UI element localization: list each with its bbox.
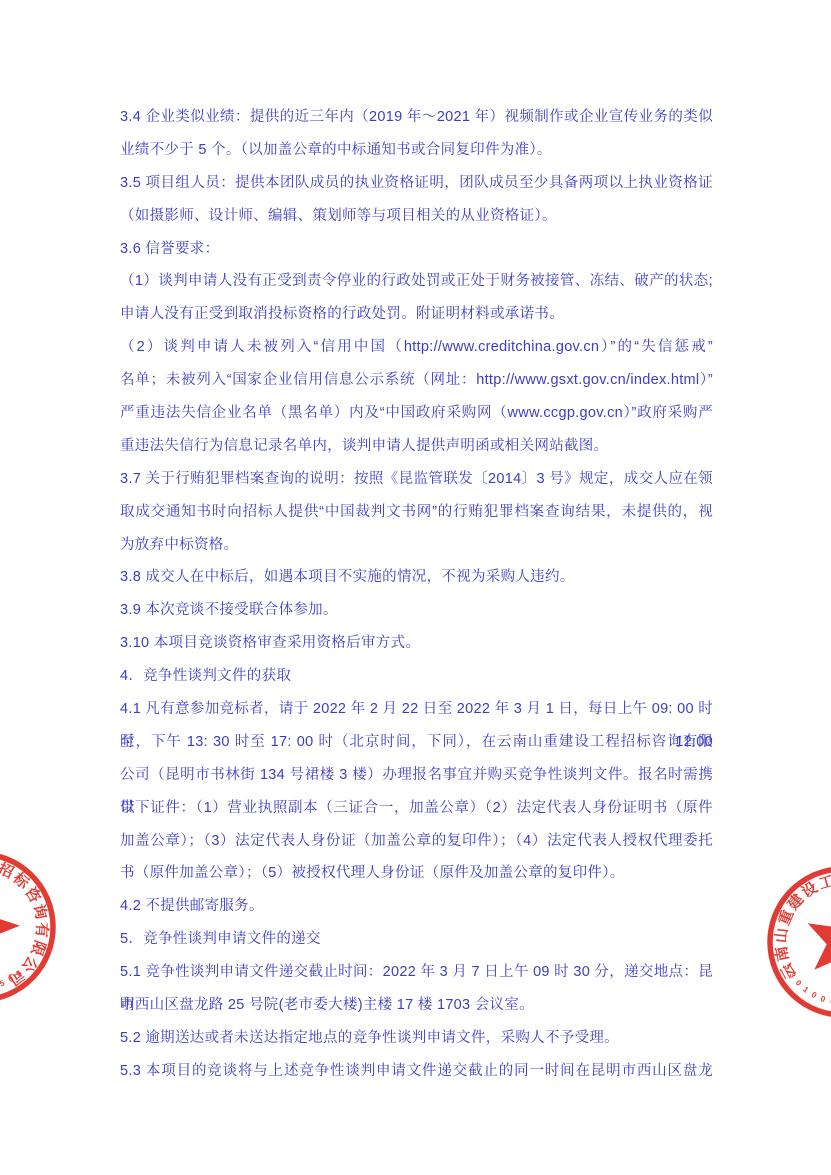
- svg-text:0: 0: [794, 978, 804, 988]
- text-line: 取成交通知书时向招标人提供“中国裁判文书网”的行贿犯罪档案查询结果，未提供的，视: [120, 496, 713, 529]
- text-line: 申请人没有正受到取消投标资格的行政处罚。附证明材料或承诺书。: [120, 298, 713, 331]
- text-line: 为放弃中标资格。: [120, 529, 713, 562]
- text-line: （1）谈判申请人没有正受到责令停业的行政处罚或正处于财务被接管、冻结、破产的状态…: [120, 265, 713, 298]
- text-line: 加盖公章）；（3）法定代表人身份证（加盖公章的复印件）；（4）法定代表人授权代理…: [120, 825, 713, 858]
- text-line: 5.1 竞争性谈判申请文件递交截止时间：2022 年 3 月 7 日上午 09 …: [120, 956, 713, 989]
- svg-text:招: 招: [0, 859, 16, 882]
- svg-text:1: 1: [801, 985, 810, 995]
- text-line: 4.1 凡有意参加竞标者，请于 2022 年 2 月 22 日至 2022 年 …: [120, 693, 713, 726]
- text-line: 3.10 本项目竞谈资格审查采用资格后审方式。: [120, 627, 713, 660]
- svg-text:咨: 咨: [21, 884, 44, 906]
- text-line: 以下证件：（1）营业执照副本（三证合一，加盖公章）（2）法定代表人身份证明书（原…: [120, 792, 713, 825]
- text-line: 5.2 逾期送达或者未送达指定地点的竞争性谈判申请文件，采购人不予受理。: [120, 1022, 713, 1055]
- text-line: 严重违法失信企业名单（黑名单）内及“中国政府采购网（www.ccgp.gov.c…: [120, 397, 713, 430]
- text-line: 名单；未被列入“国家企业信用信息公示系统（网址：http://www.gsxt.…: [120, 364, 713, 397]
- text-line: 3.7 关于行贿犯罪档案查询的说明：按照《昆监管联发〔2014〕3 号》规定，成…: [120, 463, 713, 496]
- text-line: 3.9 本次竞谈不接受联合体参加。: [120, 594, 713, 627]
- svg-text:南: 南: [772, 945, 793, 963]
- text-line: 业绩不少于 5 个。（以加盖公章的中标通知书或合同复印件为准）。: [120, 134, 713, 167]
- text-line: 3.6 信誉要求：: [120, 233, 713, 266]
- text-line: 5.3 本项目的竞谈将与上述竞争性谈判申请文件递交截止的同一时间在昆明市西山区盘…: [120, 1055, 713, 1088]
- svg-text:建: 建: [785, 891, 808, 913]
- svg-text:标: 标: [9, 869, 33, 893]
- document-body: 3.4 企业类似业绩：提供的近三年内（2019 年～2021 年）视频制作或企业…: [120, 101, 713, 1088]
- text-line: 时，下午 13: 30 时至 17: 00 时（北京时间，下同），在云南山重建设…: [120, 726, 713, 759]
- text-line: 重违法失信行为信息记录名单内，谈判申请人提供声明函或相关网站截图。: [120, 430, 713, 463]
- svg-text:3: 3: [787, 971, 797, 980]
- svg-text:6: 6: [14, 968, 24, 978]
- svg-text:5: 5: [783, 963, 793, 971]
- svg-text:0: 0: [7, 974, 16, 984]
- company-seal-right: 云南山重建设工程招标咨询有限公司5301000237506: [755, 853, 831, 1035]
- text-line: 公司（昆明市书林街 134 号裙楼 3 楼）办理报名事宜并购买竞争性谈判文件。报…: [120, 759, 713, 792]
- document-page: 3.4 企业类似业绩：提供的近三年内（2019 年～2021 年）视频制作或企业…: [0, 0, 831, 1175]
- text-line: 3.4 企业类似业绩：提供的近三年内（2019 年～2021 年）视频制作或企业…: [120, 101, 713, 134]
- svg-text:设: 设: [798, 878, 820, 901]
- svg-text:5: 5: [0, 978, 6, 988]
- svg-text:司: 司: [5, 965, 28, 988]
- text-line: （2）谈判申请人未被列入“信用中国（http://www.creditchina…: [120, 331, 713, 364]
- text-line: 3.5 项目组人员：提供本团队成员的执业资格证明，团队成员至少具备两项以上执业资…: [120, 167, 713, 200]
- svg-text:重: 重: [775, 907, 797, 928]
- text-line: 3.8 成交人在中标后，如遇本项目不实施的情况，不视为采购人违约。: [120, 561, 713, 594]
- seal-right-graphic: 云南山重建设工程招标咨询有限公司5301000237506: [755, 853, 831, 1035]
- svg-text:0: 0: [819, 994, 827, 1004]
- text-line: 5．竞争性谈判申请文件的递交: [120, 923, 713, 956]
- text-line: 4.2 不提供邮寄服务。: [120, 890, 713, 923]
- text-line: （如摄影师、设计师、编辑、策划师等与项目相关的从业资格证）。: [120, 200, 713, 233]
- svg-text:有: 有: [33, 922, 52, 938]
- svg-text:询: 询: [30, 902, 51, 921]
- text-line: 市西山区盘龙路 25 号院(老市委大楼)主楼 17 楼 1703 会议室。: [120, 989, 713, 1022]
- text-line: 4．竞争性谈判文件的获取: [120, 660, 713, 693]
- seal-left-graphic: 云南山重建设工程招标咨询有限公司5301000237506: [0, 843, 62, 1019]
- svg-text:工: 工: [817, 873, 831, 893]
- svg-text:公: 公: [17, 953, 40, 976]
- text-line: 书（原件加盖公章）；（5）被授权代理人身份证（原件及加盖公章的复印件）。: [120, 857, 713, 890]
- svg-text:限: 限: [27, 938, 49, 958]
- svg-text:0: 0: [810, 990, 819, 1000]
- svg-text:山: 山: [773, 927, 792, 944]
- company-seal-left: 云南山重建设工程招标咨询有限公司5301000237506: [0, 843, 62, 1019]
- svg-text:云: 云: [778, 960, 800, 981]
